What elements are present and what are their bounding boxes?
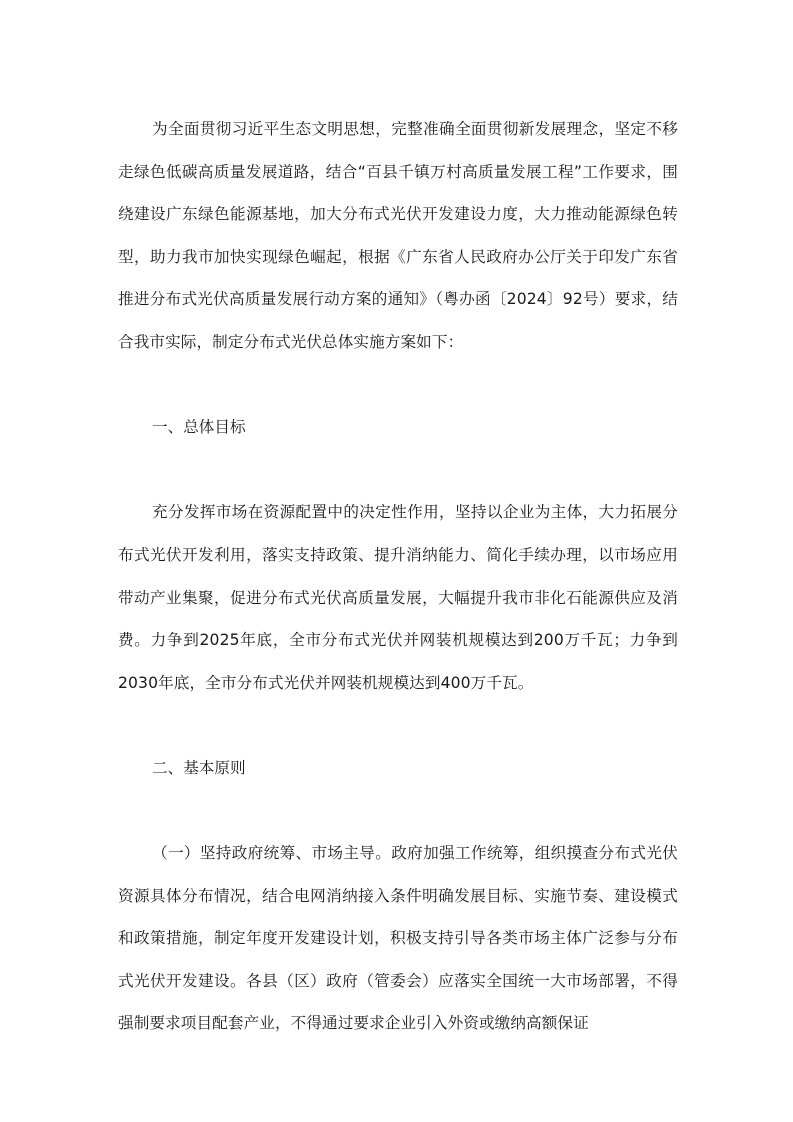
spacer	[118, 449, 678, 492]
section-paragraph-basic-principles: （一）坚持政府统筹、市场主导。政府加强工作统筹，组织摸查分布式光伏资源具体分布情…	[118, 832, 678, 1045]
document-page: 为全面贯彻习近平生态文明思想，完整准确全面贯彻新发展理念，坚定不移走绿色低碳高质…	[118, 108, 678, 1045]
section-heading-overall-goals: 一、总体目标	[118, 406, 678, 449]
spacer	[118, 364, 678, 407]
section-paragraph-overall-goals: 充分发挥市场在资源配置中的决定性作用，坚持以企业为主体，大力拓展分布式光伏开发利…	[118, 491, 678, 704]
section-heading-basic-principles: 二、基本原则	[118, 747, 678, 790]
spacer	[118, 790, 678, 833]
spacer	[118, 704, 678, 747]
intro-paragraph: 为全面贯彻习近平生态文明思想，完整准确全面贯彻新发展理念，坚定不移走绿色低碳高质…	[118, 108, 678, 364]
